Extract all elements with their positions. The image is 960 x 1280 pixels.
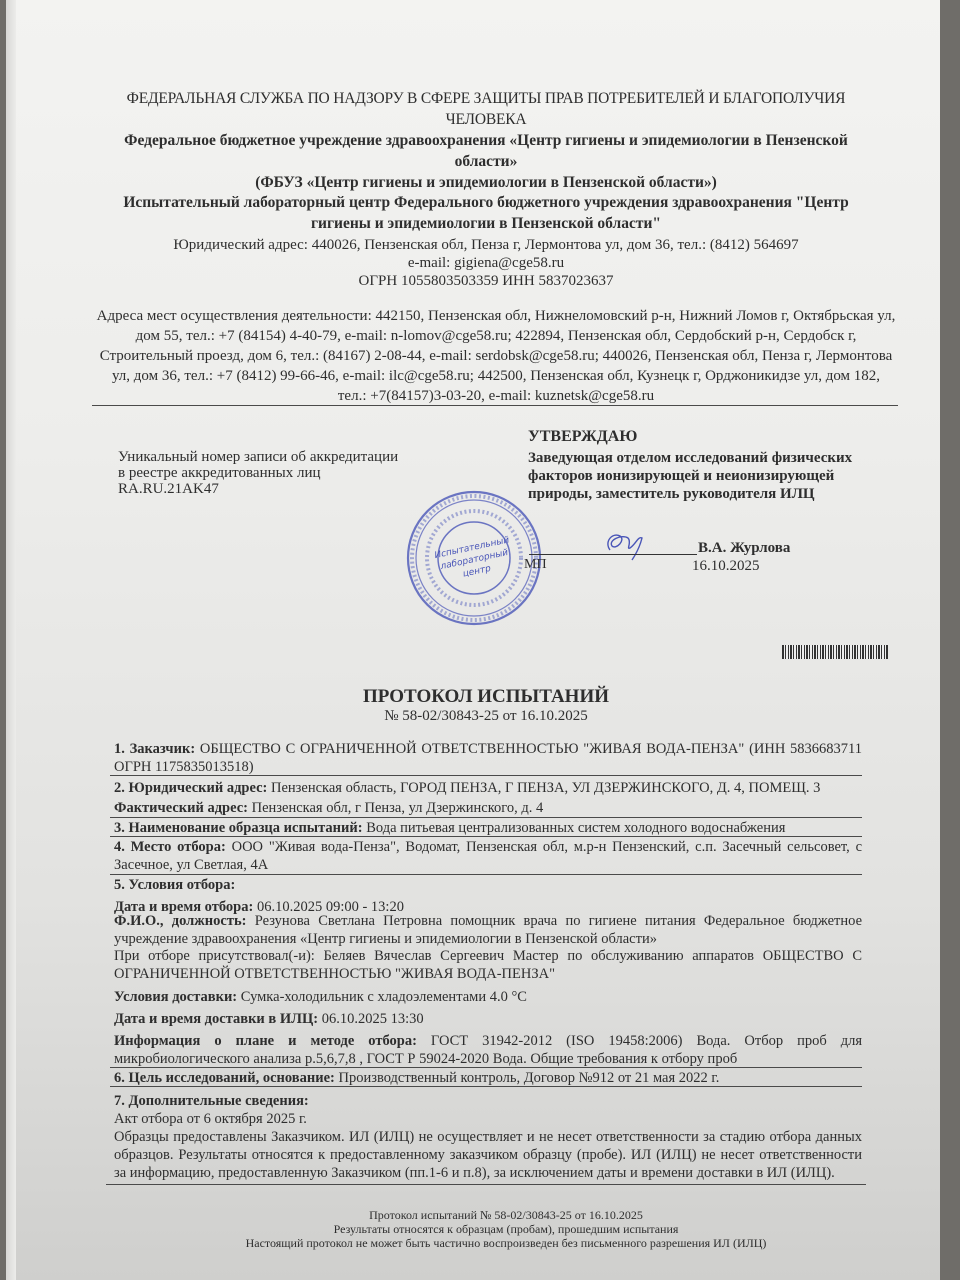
row-divider [110,874,862,875]
row-divider [106,1184,866,1185]
field-fio: Ф.И.О., должность: Резунова Светлана Пет… [114,912,862,948]
additional-act: Акт отбора от 6 октября 2025 г. [114,1110,862,1128]
approval-title: УТВЕРЖДАЮ [528,428,868,446]
approval-position: Заведующая отделом исследований физическ… [528,449,868,503]
lab-center-name: Испытательный лабораторный центр Федерал… [96,192,876,234]
legal-address-value: Пензенская область, ГОРОД ПЕНЗА, Г ПЕНЗА… [271,780,820,796]
institution-short: (ФБУЗ «Центр гигиены и эпидемиологии в П… [96,172,876,193]
row-divider [110,775,862,776]
protocol-number: № 58-02/30843-25 от 16.10.2025 [96,708,876,725]
method-label: Информация о плане и методе отбора: [114,1033,417,1049]
delivery-label: Условия доставки: [114,989,237,1005]
barcode-icon [782,645,888,659]
accreditation-block: Уникальный номер записи об аккредитации … [118,449,418,497]
field-legal-address: 2. Юридический адрес: Пензенская область… [114,779,862,797]
signer-name: В.А. Журлова [698,540,790,557]
additional-label: 7. Дополнительные сведения: [114,1092,862,1110]
field-present: При отборе присутствовал(-и): Беляев Вяч… [114,947,862,983]
signature-icon [602,528,652,562]
accreditation-number: RA.RU.21AK47 [118,481,418,497]
row-divider [110,1067,862,1068]
seal-stamp-icon: Испытательный лабораторный центр [404,488,544,628]
accreditation-line1: Уникальный номер записи об аккредитации [118,449,418,465]
field-purpose: 6. Цель исследований, основание: Произво… [114,1069,862,1087]
customer-value: ОБЩЕСТВО С ОГРАНИЧЕННОЙ ОТВЕТСТВЕННОСТЬЮ… [114,741,862,775]
footer-line1: Протокол испытаний № 58-02/30843-25 от 1… [206,1208,806,1222]
field-method: Информация о плане и методе отбора: ГОСТ… [114,1032,862,1068]
protocol-title: ПРОТОКОЛ ИСПЫТАНИЙ [96,686,876,708]
approval-block: УТВЕРЖДАЮ Заведующая отделом исследовани… [528,428,868,503]
delivery-datetime-label: Дата и время доставки в ИЛЦ: [114,1011,318,1027]
institution-name: Федеральное бюджетное учреждение здравоо… [96,130,876,193]
field-delivery-datetime: Дата и время доставки в ИЛЦ: 06.10.2025 … [114,1010,862,1028]
footer: Протокол испытаний № 58-02/30843-25 от 1… [206,1208,806,1250]
ogrn-inn: ОГРН 1055803503359 ИНН 5837023637 [96,272,876,290]
sampling-place-value: ООО "Живая вода-Пенза", Водомат, Пензенс… [114,839,862,873]
activity-addresses: Адреса мест осуществления деятельности: … [96,306,896,406]
field-conditions: 5. Условия отбора: [114,876,862,894]
sampling-place-label: 4. Место отбора: [114,839,226,855]
institution-full: Федеральное бюджетное учреждение здравоо… [96,130,876,172]
header-email: e-mail: gigiena@cge58.ru [96,254,876,272]
field-sample-name: 3. Наименование образца испытаний: Вода … [114,819,862,837]
footer-line2: Результаты относятся к образцам (пробам)… [206,1222,806,1236]
conditions-label: 5. Условия отбора: [114,877,235,893]
delivery-value: Сумка-холодильник с хладоэлементами 4.0 … [241,989,527,1005]
purpose-label: 6. Цель исследований, основание: [114,1070,335,1086]
delivery-datetime-value: 06.10.2025 13:30 [322,1011,424,1027]
signature-line [529,554,697,555]
accreditation-line2: в реестре аккредитованных лиц [118,465,418,481]
approval-date: 16.10.2025 [692,558,760,575]
field-actual-address: Фактический адрес: Пензенская обл, г Пен… [114,799,862,817]
present-value: При отборе присутствовал(-и): Беляев Вяч… [114,948,862,982]
row-divider [110,1086,862,1087]
field-additional: 7. Дополнительные сведения: Акт отбора о… [114,1092,862,1182]
page-edge [6,0,16,1280]
actual-address-value: Пензенская обл, г Пенза, ул Дзержинского… [252,800,544,816]
footer-line3: Настоящий протокол не может быть частичн… [206,1236,806,1250]
legal-address-label: 2. Юридический адрес: [114,780,267,796]
row-divider [110,836,862,837]
legal-address: Юридический адрес: 440026, Пензенская об… [96,236,876,254]
header-divider [92,405,898,406]
customer-label: 1. Заказчик: [114,741,195,757]
agency-name: ФЕДЕРАЛЬНАЯ СЛУЖБА ПО НАДЗОРУ В СФЕРЕ ЗА… [86,88,886,130]
sample-name-value: Вода питьевая централизованных систем хо… [366,820,785,836]
legal-contacts: Юридический адрес: 440026, Пензенская об… [96,236,876,290]
fio-label: Ф.И.О., должность: [114,913,246,929]
sample-name-label: 3. Наименование образца испытаний: [114,820,363,836]
purpose-value: Производственный контроль, Договор №912 … [338,1070,719,1086]
stamp-mark: МП [524,557,547,573]
field-customer: 1. Заказчик: ОБЩЕСТВО С ОГРАНИЧЕННОЙ ОТВ… [114,740,862,776]
document-page: ФЕДЕРАЛЬНАЯ СЛУЖБА ПО НАДЗОРУ В СФЕРЕ ЗА… [6,0,940,1280]
actual-address-label: Фактический адрес: [114,800,248,816]
additional-text: Образцы предоставлены Заказчиком. ИЛ (ИЛ… [114,1128,862,1182]
row-divider [110,817,862,818]
field-delivery: Условия доставки: Сумка-холодильник с хл… [114,988,862,1006]
field-sampling-place: 4. Место отбора: ООО "Живая вода-Пенза",… [114,838,862,874]
